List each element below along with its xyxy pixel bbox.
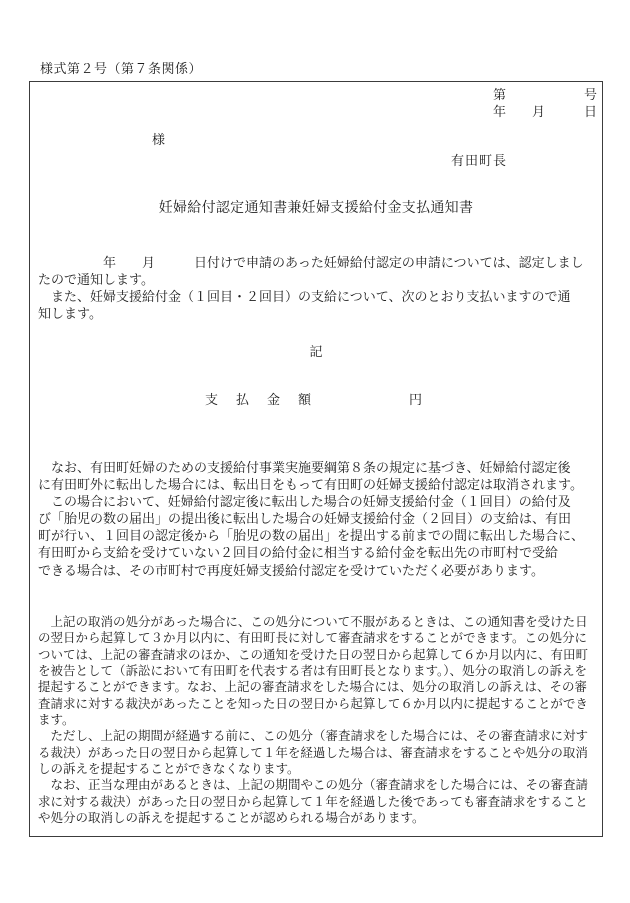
sender-name: 有田町長 <box>451 153 507 169</box>
payment-amount-blank-field <box>320 392 405 408</box>
document-title: 妊婦給付認定通知書兼妊婦支援給付金支払通知書 <box>30 200 602 217</box>
document-page: 様式第２号（第７条関係） 第 号 年 月 日 様 有田町長 妊婦給付認定通知書兼… <box>0 0 630 903</box>
intro-paragraph: 年 月 日付けで申請のあった妊婦給付認定の申請については、認定しまし たので通知… <box>38 254 600 322</box>
section-marker-ki: 記 <box>30 344 602 360</box>
payment-amount-line: 支払金額 円 <box>30 392 602 410</box>
doc-date-line: 年 月 日 <box>493 104 597 120</box>
payment-currency-unit: 円 <box>409 392 422 408</box>
transfer-cancellation-note: なお、有田町妊婦のための支援給付事業実施要綱第８条の規定に基づき、妊婦給付認定後… <box>38 459 602 579</box>
doc-number-line: 第 号 <box>493 87 597 103</box>
form-number-label: 様式第２号（第７条関係） <box>40 61 202 77</box>
addressee-honorific: 様 <box>152 132 165 148</box>
payment-amount-label: 支払金額 <box>205 392 329 408</box>
document-frame: 第 号 年 月 日 様 有田町長 妊婦給付認定通知書兼妊婦支援給付金支払通知書 … <box>29 81 603 837</box>
appeal-procedure-note: 上記の取消の処分があった場合に、この処分について不服があるときは、この通知書を受… <box>38 614 604 826</box>
